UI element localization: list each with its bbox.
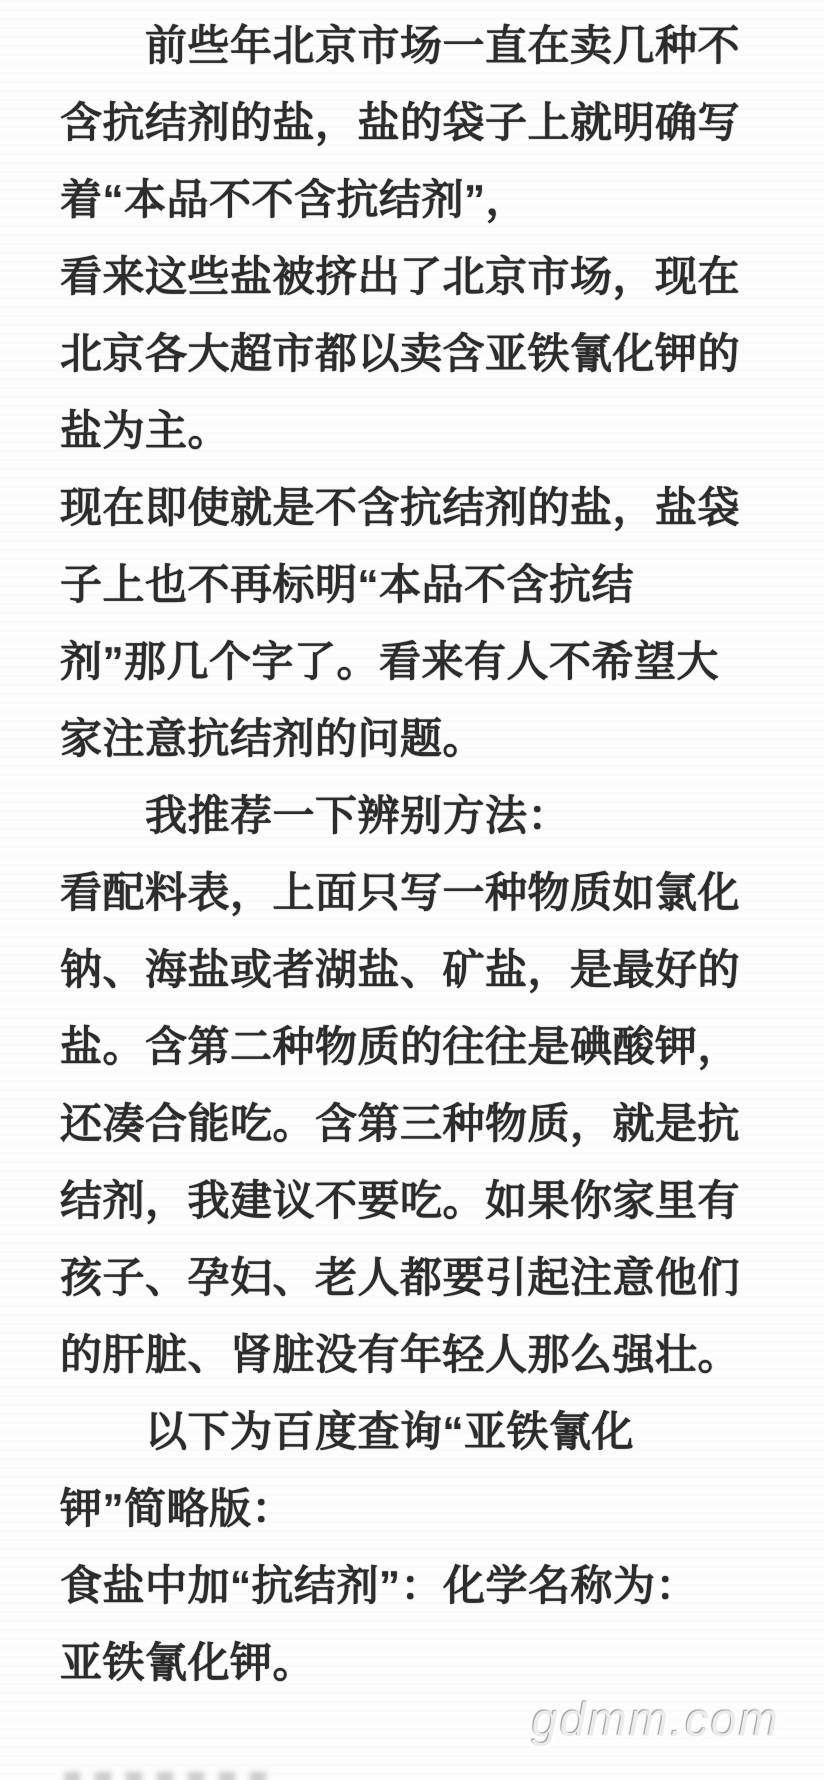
text-line: 前些年北京市场一直在卖几种不 [60,7,760,84]
text-line: 盐为主。 [60,392,760,469]
text-line: 现在即使就是不含抗结剂的盐，盐袋 [60,469,760,546]
text-line: 亚铁氰化钾。 [60,1624,760,1701]
text-line: 以下为百度查询“亚铁氰化 [60,1393,760,1470]
text-line: 食盐中加“抗结剂”：化学名称为： [60,1547,760,1624]
text-line: 北京各大超市都以卖含亚铁氰化钾的 [60,315,760,392]
text-line: 孩子、孕妇、老人都要引起注意他们 [60,1239,760,1316]
text-line: 剂”那几个字了。看来有人不希望大 [60,623,760,700]
text-line: 子上也不再标明“本品不含抗结 [60,546,760,623]
text-line: 的肝脏、肾脏没有年轻人那么强壮。 [60,1316,760,1393]
text-line: 结剂，我建议不要吃。如果你家里有 [60,1162,760,1239]
text-line: 钠、海盐或者湖盐、矿盐，是最好的 [60,931,760,1008]
cutoff-text-fragment [64,1772,269,1780]
text-line: 看来这些盐被挤出了北京市场，现在 [60,238,760,315]
text-line: 看配料表，上面只写一种物质如氯化 [60,854,760,931]
text-line: 还凑合能吃。含第三种物质，就是抗 [60,1085,760,1162]
watermark: gdmm.com [532,1692,780,1747]
text-block: 前些年北京市场一直在卖几种不含抗结剂的盐，盐的袋子上就明确写着“本品不不含抗结剂… [60,7,760,1701]
text-line: 着“本品不不含抗结剂”， [60,161,760,238]
text-line: 盐。含第二种物质的往往是碘酸钾， [60,1008,760,1085]
text-line: 钾”简略版： [60,1470,760,1547]
text-line: 我推荐一下辨别方法： [60,777,760,854]
text-line: 含抗结剂的盐，盐的袋子上就明确写 [60,84,760,161]
text-line: 家注意抗结剂的问题。 [60,700,760,777]
